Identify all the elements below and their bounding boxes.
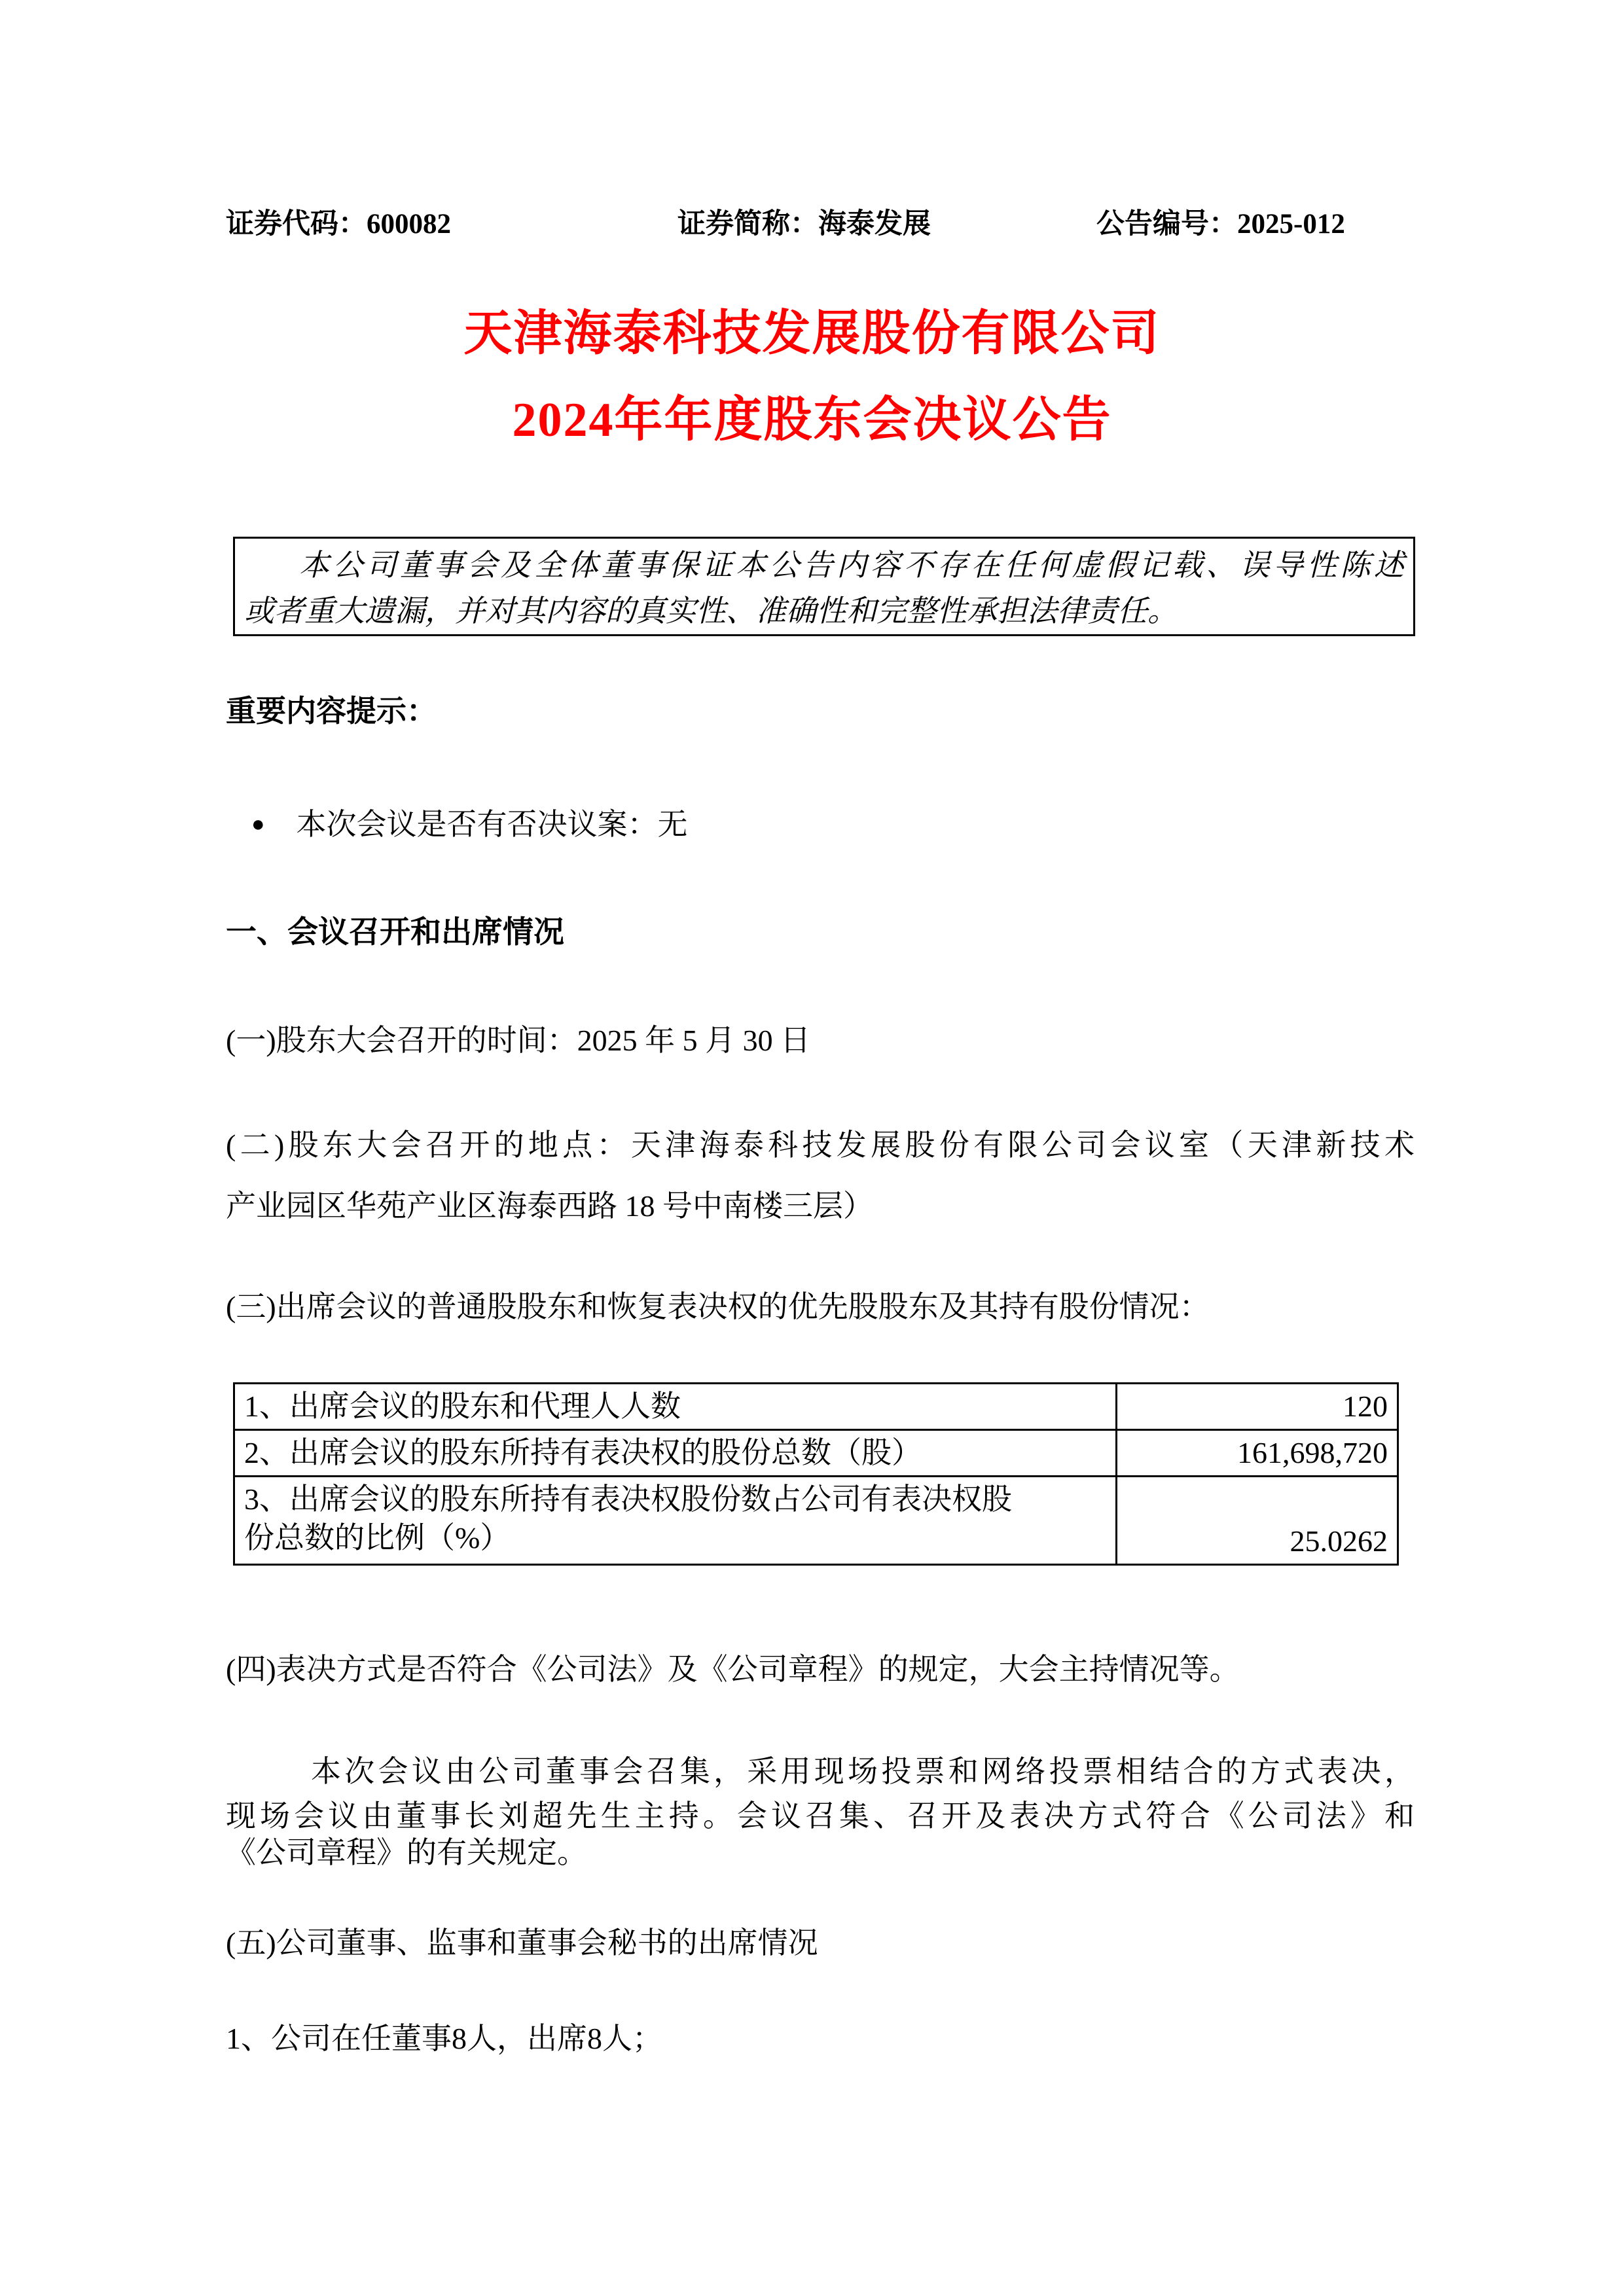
table-row3-label: 3、出席会议的股东所持有表决权股份数占公司有表决权股 份总数的比例（%） [235, 1477, 1117, 1564]
table-row3-label-line2: 份总数的比例（%） [244, 1517, 1109, 1559]
section1-item1: (一)股东大会召开的时间：2025 年 5 月 30 日 [226, 1023, 810, 1058]
table-row3-value: 25.0262 [1117, 1477, 1397, 1564]
table-row: 2、出席会议的股东所持有表决权的股份总数（股） 161,698,720 [235, 1429, 1397, 1475]
section1-item5: (五)公司董事、监事和董事会秘书的出席情况 [226, 1926, 818, 1961]
section1-item4: (四)表决方式是否符合《公司法》及《公司章程》的规定，大会主持情况等。 [226, 1652, 1240, 1687]
section1-item3: (三)出席会议的普通股股东和恢复表决权的优先股股东及其持有股份情况： [226, 1289, 1210, 1325]
disclaimer-line1: 本公司董事会及全体董事保证本公告内容不存在任何虚假记载、误导性陈述 [244, 543, 1404, 588]
table-row1-label: 1、出席会议的股东和代理人人数 [235, 1384, 1117, 1429]
notice-bullet-text: 本次会议是否有否决议案：无 [297, 807, 688, 842]
doc-title-line2: 2024年年度股东会决议公告 [0, 381, 1624, 450]
attendance-table: 1、出席会议的股东和代理人人数 120 2、出席会议的股东所持有表决权的股份总数… [233, 1382, 1399, 1566]
notice-bullet-line: ● 本次会议是否有否决议案：无 [251, 807, 688, 842]
document-page: 证券代码：600082 证券简称：海泰发展 公告编号：2025-012 天津海泰… [0, 0, 1624, 2296]
table-row2-value: 161,698,720 [1117, 1431, 1397, 1475]
section1-item2-line2: 产业园区华苑产业区海泰西路 18 号中南楼三层） [226, 1189, 873, 1224]
bullet-icon: ● [251, 814, 265, 836]
doc-title-line1: 天津海泰科技发展股份有限公司 [0, 295, 1624, 364]
table-row2-label: 2、出席会议的股东所持有表决权的股份总数（股） [235, 1431, 1117, 1475]
section1-para-line1: 本次会议由公司董事会召集，采用现场投票和网络投票相结合的方式表决， [226, 1748, 1415, 1791]
disclaimer-line2: 或者重大遗漏，并对其内容的真实性、准确性和完整性承担法律责任。 [244, 588, 1404, 634]
section1-para-line2: 现场会议由董事长刘超先生主持。会议召集、召开及表决方式符合《公司法》和 [226, 1792, 1415, 1835]
table-row1-value: 120 [1117, 1384, 1397, 1429]
section1-sub1: 1、公司在任董事8人，出席8人； [226, 2021, 662, 2056]
section1-item2-line1: (二)股东大会召开的地点：天津海泰科技发展股份有限公司会议室（天津新技术 [226, 1121, 1415, 1164]
disclaimer-box: 本公司董事会及全体董事保证本公告内容不存在任何虚假记载、误导性陈述 或者重大遗漏… [233, 537, 1415, 636]
header-stock-name: 证券简称：海泰发展 [677, 202, 931, 242]
notice-heading: 重要内容提示： [226, 694, 437, 729]
table-row: 1、出席会议的股东和代理人人数 120 [235, 1384, 1397, 1429]
section1-para-line3: 《公司章程》的有关规定。 [226, 1835, 587, 1871]
header-announcement-no: 公告编号：2025-012 [1096, 202, 1345, 242]
section1-heading: 一、会议召开和出席情况 [226, 915, 564, 951]
table-row: 3、出席会议的股东所持有表决权股份数占公司有表决权股 份总数的比例（%） 25.… [235, 1475, 1397, 1564]
table-row3-label-line1: 3、出席会议的股东所持有表决权股份数占公司有表决权股 [244, 1482, 1109, 1517]
header-stock-code: 证券代码：600082 [226, 202, 451, 242]
